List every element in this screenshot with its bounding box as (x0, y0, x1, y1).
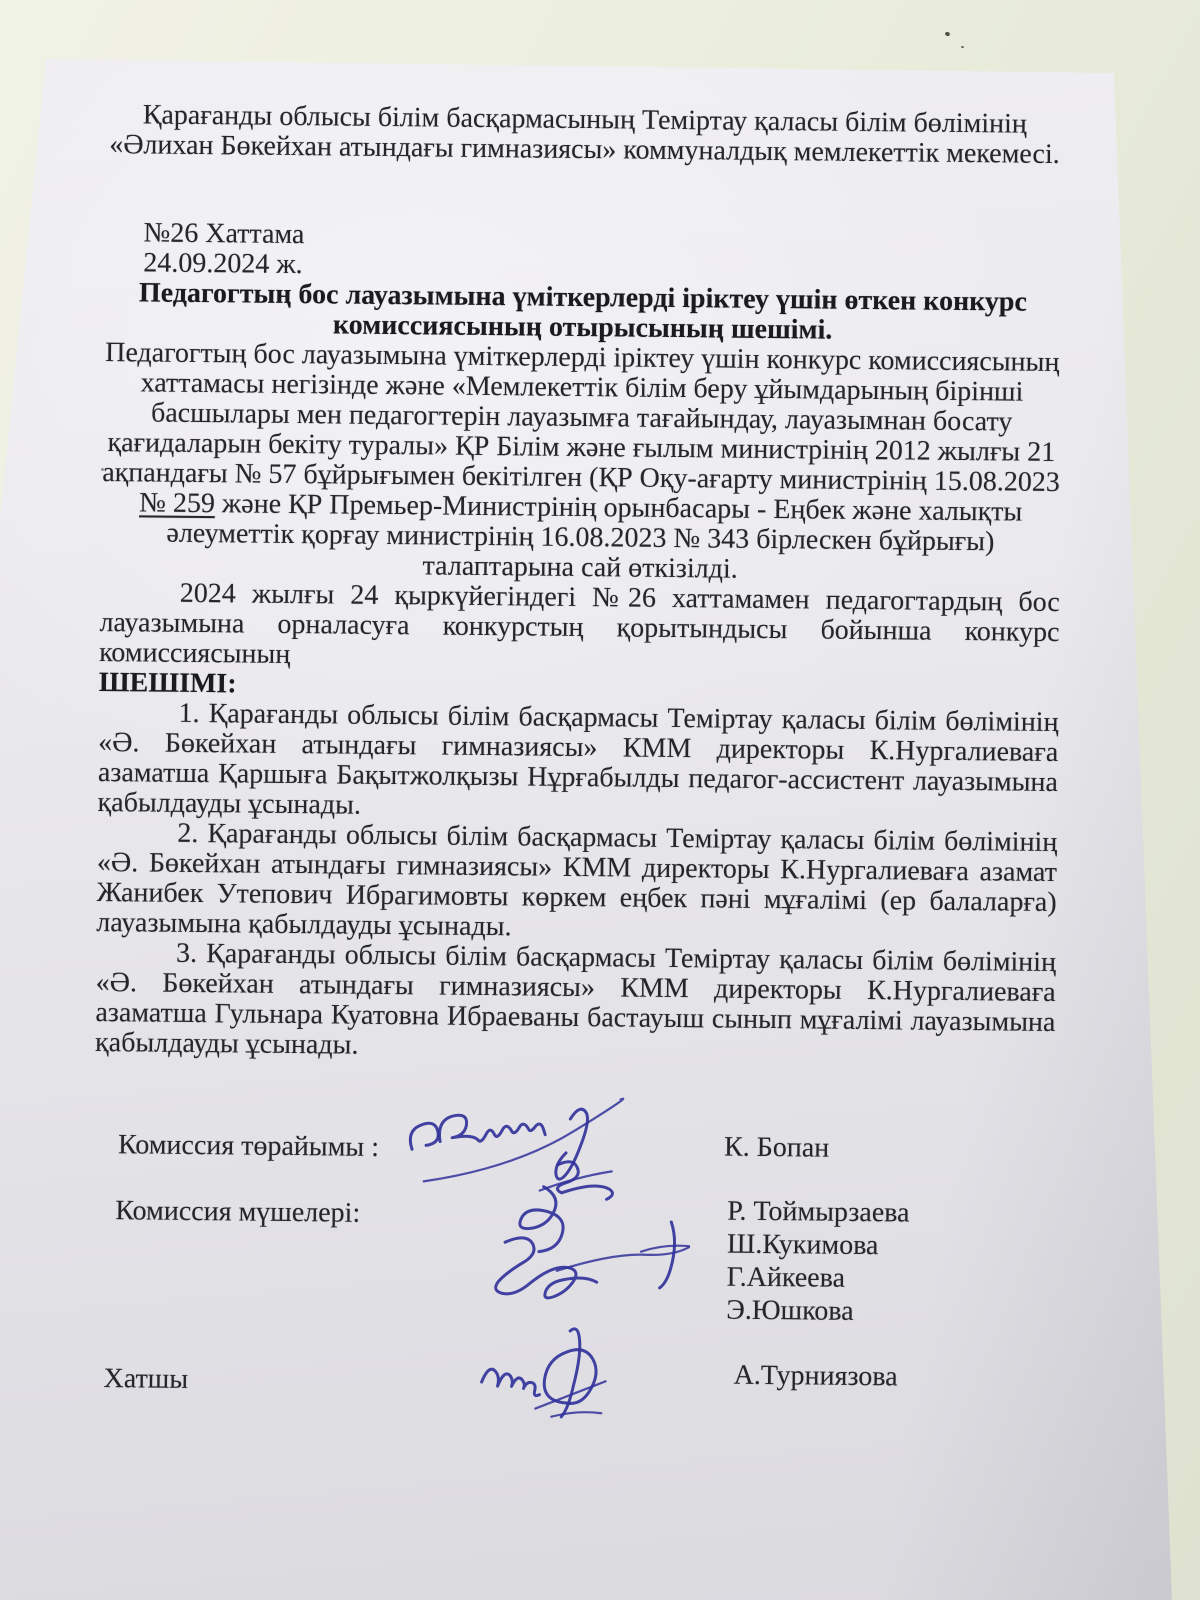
dust-speck (944, 31, 950, 37)
member-names-list: Р. Тоймырзаева Ш.Кукимова Г.Айкеева Э.Юш… (726, 1195, 909, 1329)
signature-members (460, 1158, 712, 1311)
secretary-name: А.Турниязова (734, 1361, 898, 1393)
intro-text-before: Педагогтың бос лауазымына үміткерлерді і… (102, 337, 1060, 498)
resolution-intro: 2024 жылғы 24 қыркүйегіндегі №26 хаттама… (99, 578, 1060, 678)
member-name: Г.Айкеева (727, 1261, 909, 1296)
document-content: Қарағанды облысы білім басқармасының Тем… (90, 100, 1065, 1540)
chair-label: Комиссия төрайымы : (118, 1130, 379, 1163)
chair-name: К. Бопан (724, 1133, 829, 1164)
member-name: Ш.Кукимова (727, 1228, 909, 1263)
member-name: Э.Юшкова (726, 1294, 908, 1329)
secretary-label: Хатшы (103, 1364, 188, 1395)
photo-background: Қарағанды облысы білім басқармасының Тем… (0, 0, 1200, 1600)
resolution-item-2: 2. Қарағанды облысы білім басқармасы Тем… (96, 818, 1057, 948)
members-label: Комиссия мүшелері: (115, 1196, 360, 1229)
signature-section: Комиссия төрайымы : К. Бопан Комиссия мү… (90, 1130, 1054, 1540)
intro-text-after: және ҚР Премьер-Министрінің орынбасары -… (166, 488, 1022, 584)
dust-speck (961, 46, 964, 48)
intro-paragraph: Педагогтың бос лауазымына үміткерлерді і… (100, 338, 1062, 588)
resolution-item-1: 1. Қарағанды облысы білім басқармасы Тем… (97, 698, 1058, 828)
document-page: Қарағанды облысы білім басқармасының Тем… (0, 0, 1200, 1600)
org-name: Қарағанды облысы білім басқармасының Тем… (104, 100, 1065, 170)
protocol-block: №26 Хаттама 24.09.2024 ж. (143, 218, 1064, 288)
member-name: Р. Тоймырзаева (727, 1195, 909, 1230)
signature-secretary (477, 1324, 613, 1430)
resolution-item-3: 3. Қарағанды облысы білім басқармасы Тем… (95, 938, 1056, 1068)
underlined-order-ref: № 259 (139, 487, 215, 519)
